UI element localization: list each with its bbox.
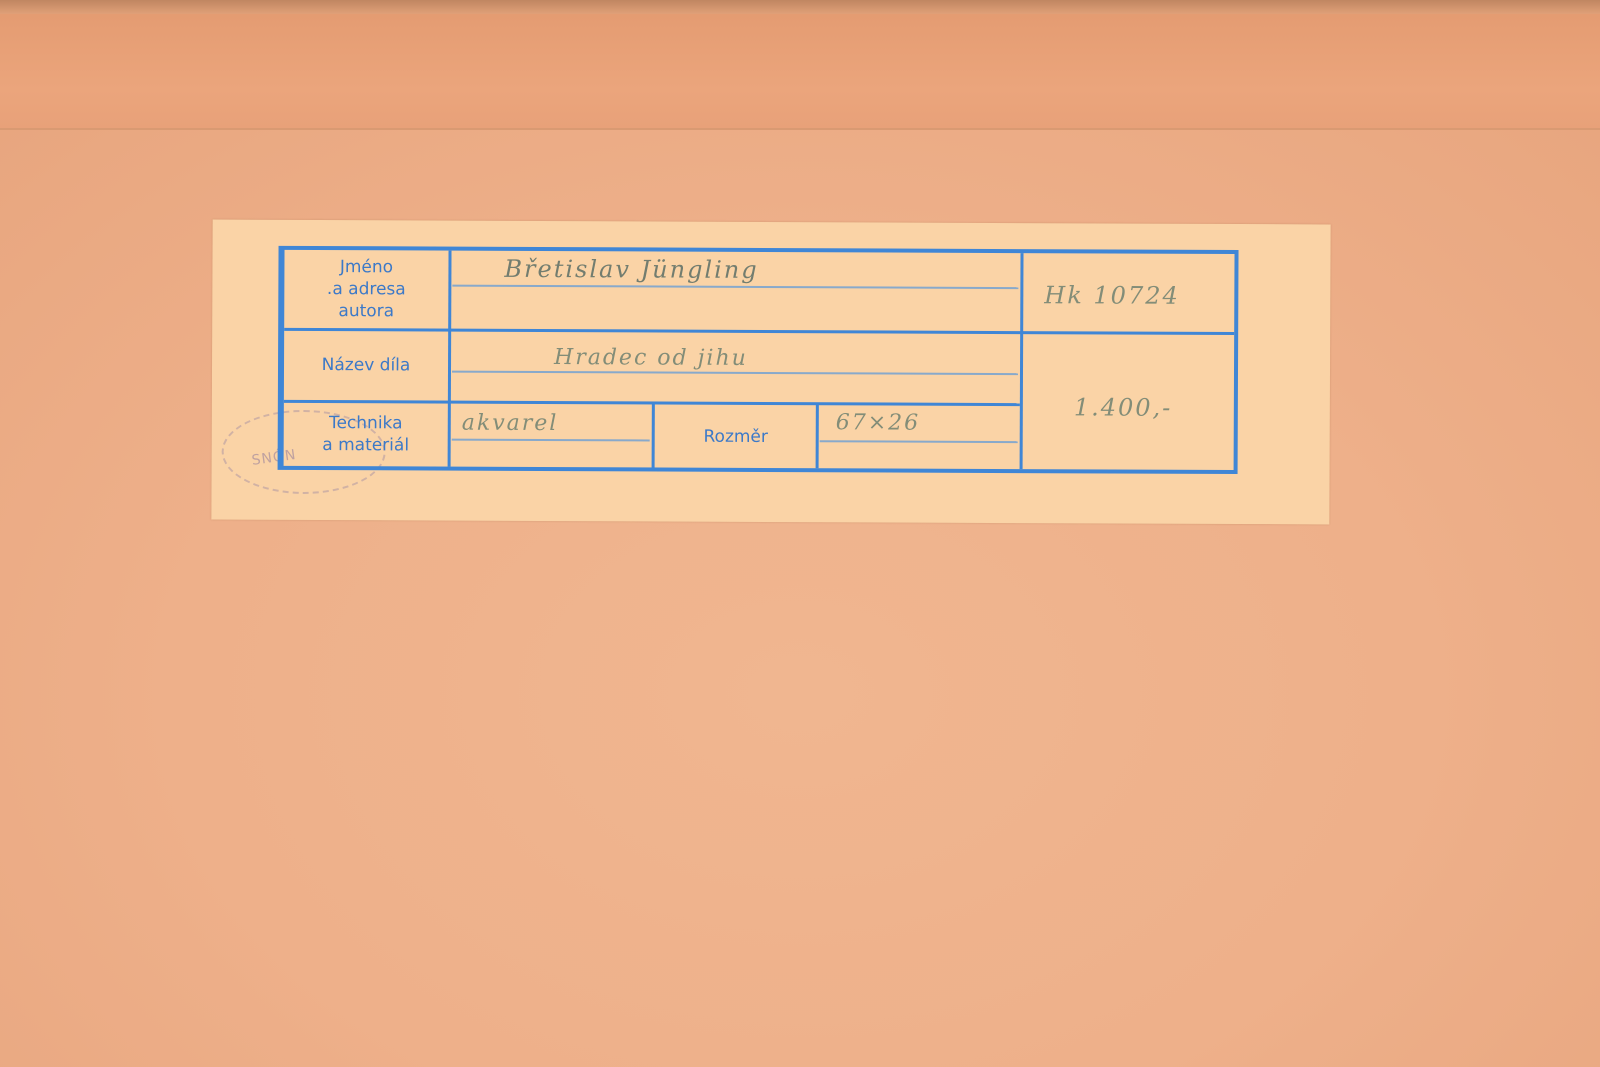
title-value: Hradec od jihu	[554, 345, 748, 371]
technique-value: akvarel	[462, 411, 559, 436]
author-value: Břetislav Jüngling	[504, 255, 758, 284]
artwork-label: SNÓN Jméno .a adresa autora Název díla T…	[211, 220, 1330, 525]
writing-line	[452, 371, 1018, 375]
inventory-number: Hk 10724	[1044, 281, 1180, 310]
form-divider	[816, 404, 819, 468]
writing-line	[452, 439, 650, 442]
author-label-line: autora	[284, 300, 448, 323]
label-form: Jméno .a adresa autora Název díla Techni…	[278, 246, 1239, 474]
form-divider	[652, 403, 655, 467]
size-value: 67×26	[836, 410, 921, 435]
title-label: Název díla	[284, 354, 448, 377]
frame-top-strip	[0, 0, 1600, 128]
technique-label-line: Technika	[284, 412, 448, 435]
author-label: Jméno .a adresa autora	[284, 256, 448, 323]
technique-label-line: a materiál	[284, 434, 448, 457]
price-value: 1.400,-	[1074, 393, 1173, 421]
form-divider	[1020, 253, 1024, 469]
form-row-line	[284, 328, 1234, 335]
size-label: Rozměr	[656, 425, 816, 448]
frame-edge	[0, 0, 1600, 14]
writing-line	[820, 440, 1018, 443]
author-label-line: .a adresa	[284, 278, 448, 301]
technique-label: Technika a materiál	[284, 412, 448, 457]
author-label-line: Jméno	[284, 256, 448, 279]
writing-line	[452, 285, 1018, 289]
